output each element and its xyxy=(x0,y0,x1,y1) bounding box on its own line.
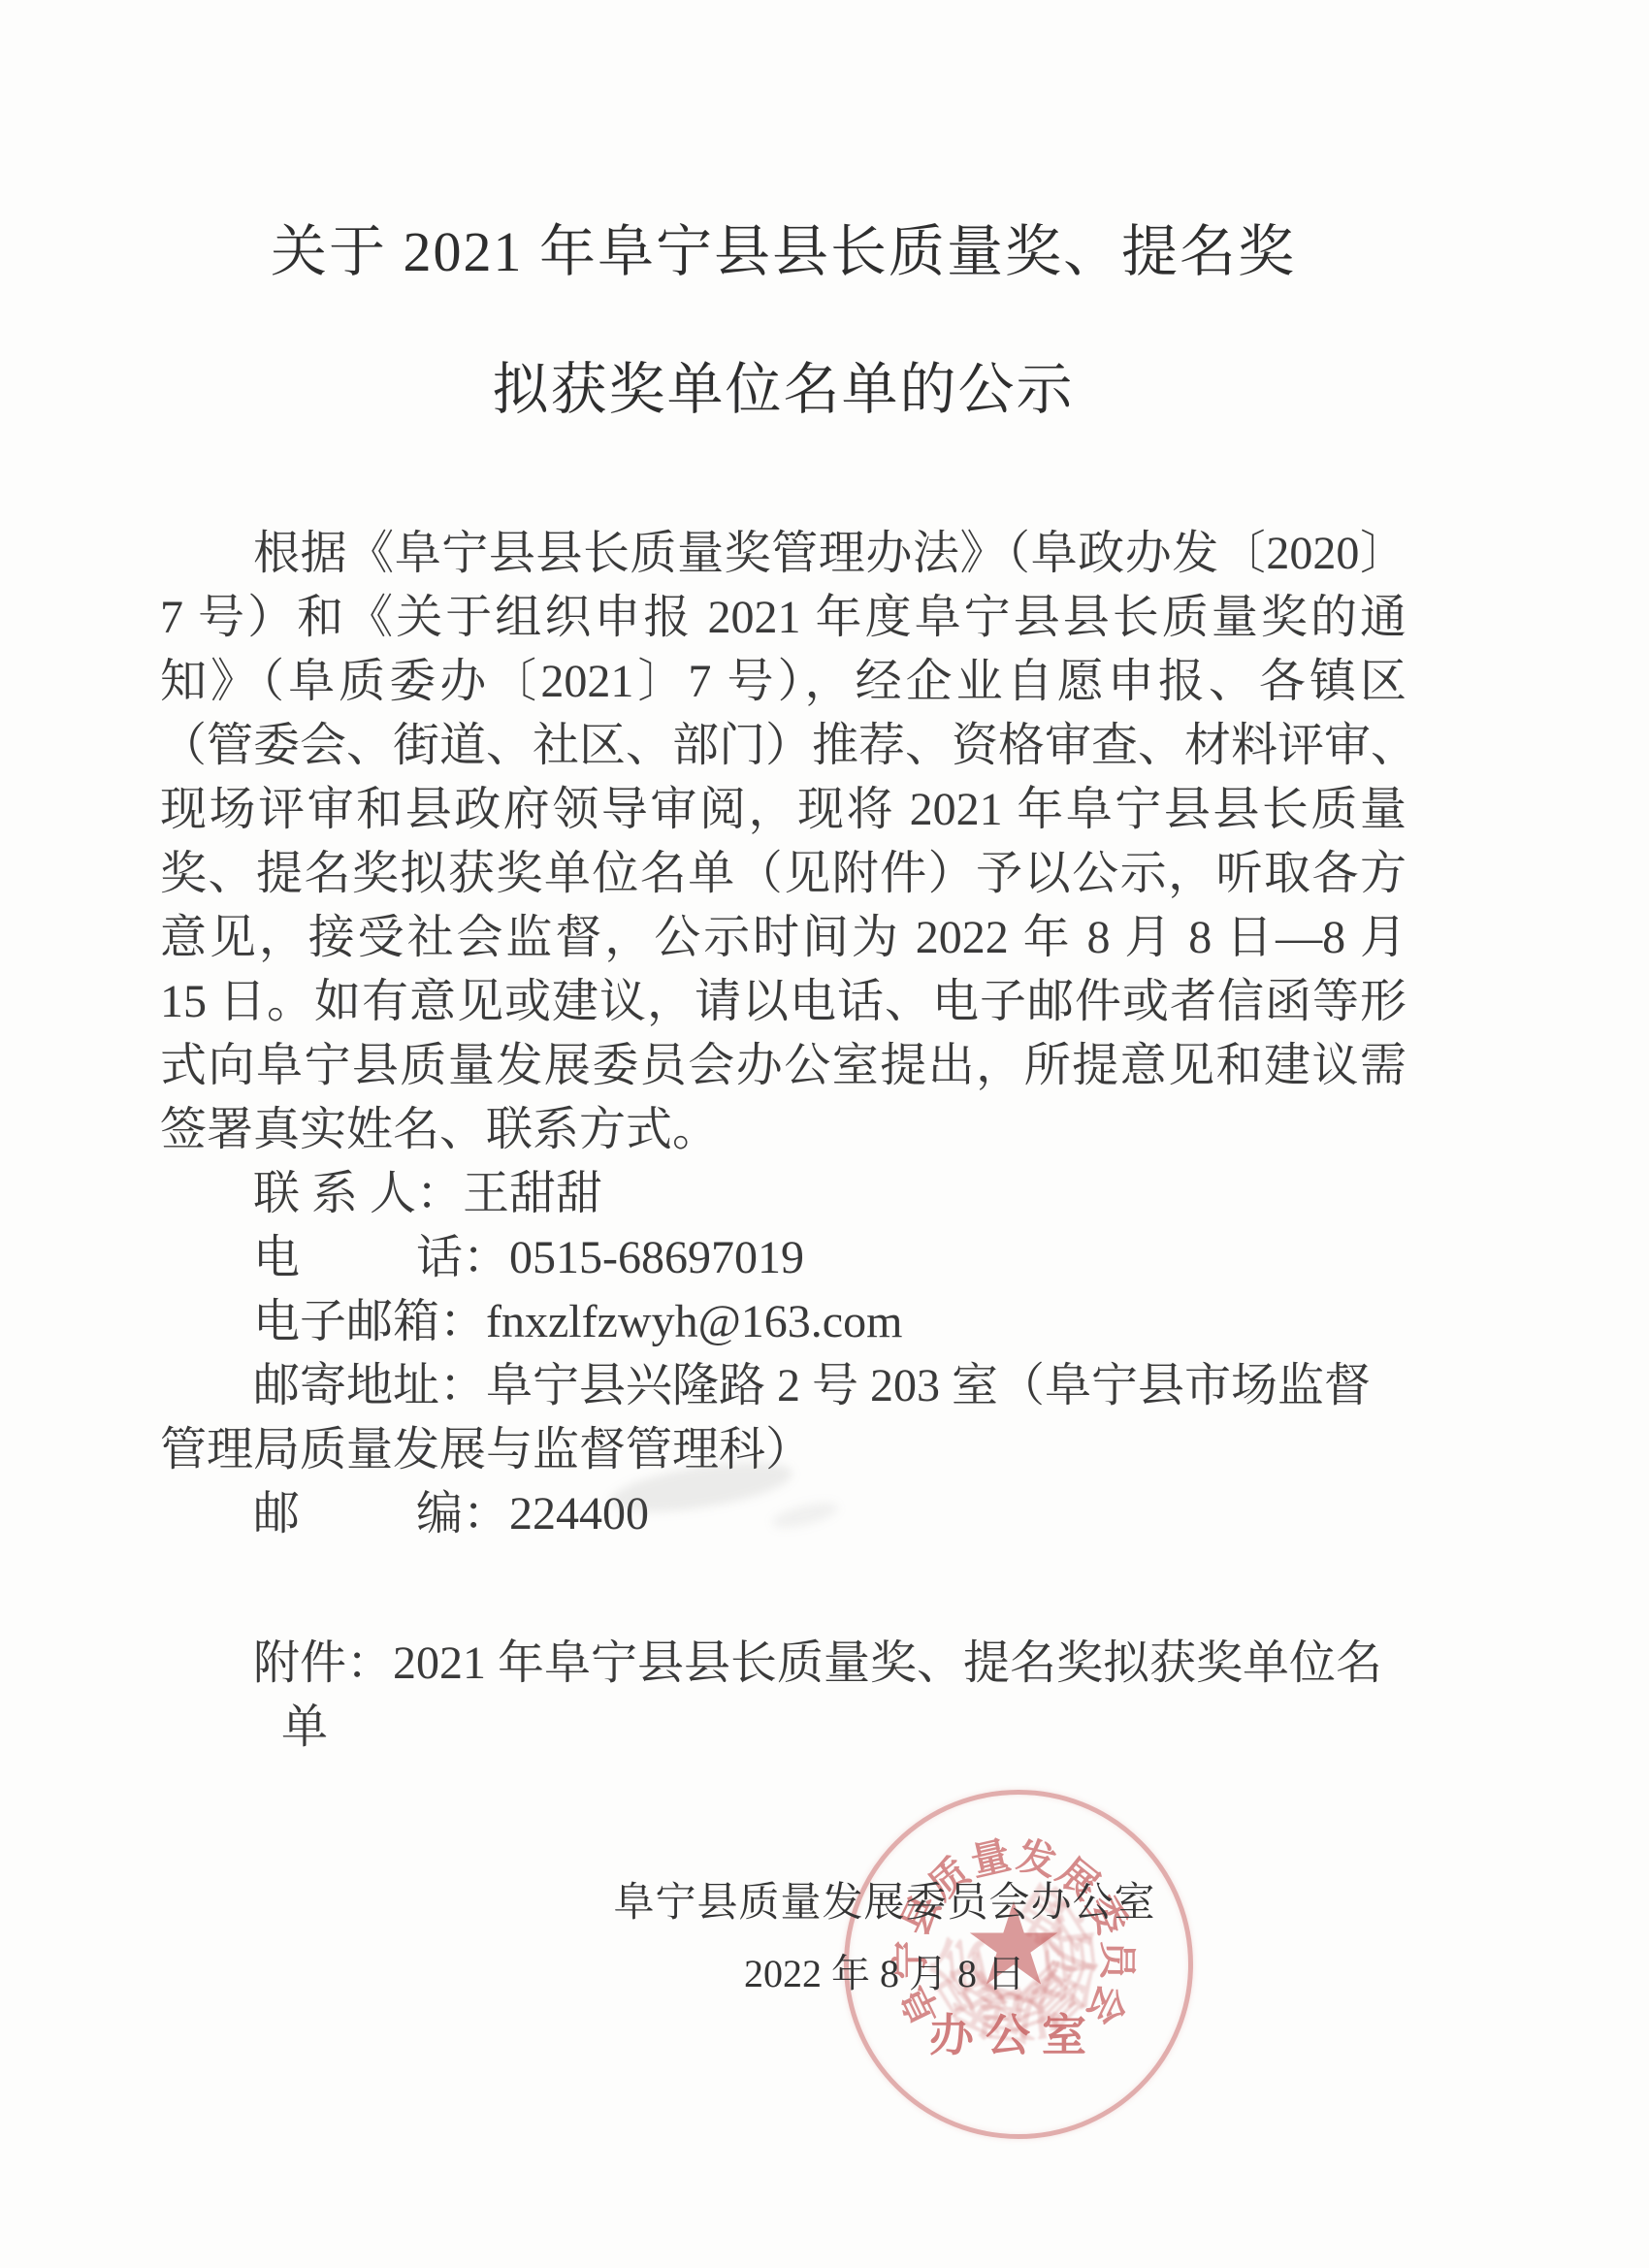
body-line: 知》（阜质委办〔2021〕7 号），经企业自愿申报、各镇区 xyxy=(160,650,1406,714)
contact-postcode-label: 邮 编： xyxy=(253,1488,509,1539)
attachment-label: 附件： xyxy=(253,1637,393,1689)
contact-address-value-line1: 阜宁县兴隆路 2 号 203 室（阜宁县市场监督 xyxy=(486,1360,1371,1411)
contact-person-row: 联 系 人：王甜甜 xyxy=(160,1162,1406,1226)
attachment-line1: 2021 年阜宁县县长质量奖、提名奖拟获奖单位名 xyxy=(393,1637,1382,1689)
seal-arc-char: 量 xyxy=(965,1825,1016,1887)
body-line: （管委会、街道、社区、部门）推荐、资格审查、材料评审、 xyxy=(160,714,1406,778)
contact-person-value: 王甜甜 xyxy=(463,1168,602,1219)
body-line: 15 日。如有意见或建议，请以电话、电子邮件或者信函等形 xyxy=(160,970,1406,1034)
contact-phone-value: 0515-68697019 xyxy=(509,1232,804,1283)
attachment-row-continued: 单 xyxy=(160,1696,1406,1760)
contact-address-row: 邮寄地址：阜宁县兴隆路 2 号 203 室（阜宁县市场监督 xyxy=(160,1354,1406,1418)
signature-date: 2022 年 8 月 8 日 xyxy=(613,1952,1156,1996)
body-line: 现场评审和县政府领导审阅，现将 2021 年阜宁县县长质量 xyxy=(160,778,1406,842)
contact-person-label: 联 系 人： xyxy=(253,1168,463,1219)
body-line: 意见，接受社会监督，公示时间为 2022 年 8 月 8 日—8 月 xyxy=(160,906,1406,970)
contact-email-label: 电子邮箱： xyxy=(253,1296,486,1347)
body-line: 7 号）和《关于组织申报 2021 年度阜宁县县长质量奖的通 xyxy=(160,586,1406,650)
contact-email-row: 电子邮箱：fnxzlfzwyh@163.com xyxy=(160,1290,1406,1354)
document-page: 阜宁县质量发展委员会 阜宁县质量发展委员会 ★ 办公室 关于 2021 年阜宁县… xyxy=(0,0,1649,2268)
contact-address-label: 邮寄地址： xyxy=(253,1360,486,1411)
body-line: 根据《阜宁县县长质量奖管理办法》（阜政办发〔2020〕 xyxy=(160,522,1406,586)
spacer xyxy=(160,1546,1406,1632)
body-line: 奖、提名奖拟获奖单位名单（见附件）予以公示，听取各方 xyxy=(160,842,1406,906)
document-body: 根据《阜宁县县长质量奖管理办法》（阜政办发〔2020〕 7 号）和《关于组织申报… xyxy=(160,522,1406,1760)
document-title-line2: 拟获奖单位名单的公示 xyxy=(160,359,1406,421)
attachment-line2: 单 xyxy=(281,1701,328,1753)
attachment-row: 附件：2021 年阜宁县县长质量奖、提名奖拟获奖单位名 xyxy=(160,1632,1406,1696)
body-line: 签署真实姓名、联系方式。 xyxy=(160,1098,1406,1162)
seal-bottom-text: 办公室 xyxy=(929,2000,1098,2064)
contact-email-value: fnxzlfzwyh@163.com xyxy=(486,1296,902,1347)
body-line: 式向阜宁县质量发展委员会办公室提出，所提意见和建议需 xyxy=(160,1034,1406,1098)
document-title-line1: 关于 2021 年阜宁县县长质量奖、提名奖 xyxy=(160,221,1406,283)
signature-block: 阜宁县质量发展委员会办公室 2022 年 8 月 8 日 xyxy=(613,1880,1156,1996)
signature-org: 阜宁县质量发展委员会办公室 xyxy=(613,1880,1156,1927)
seal-arc-char: 发 xyxy=(1013,1825,1063,1887)
contact-phone-label: 电 话： xyxy=(253,1232,509,1283)
contact-phone-row: 电 话：0515-68697019 xyxy=(160,1226,1406,1290)
